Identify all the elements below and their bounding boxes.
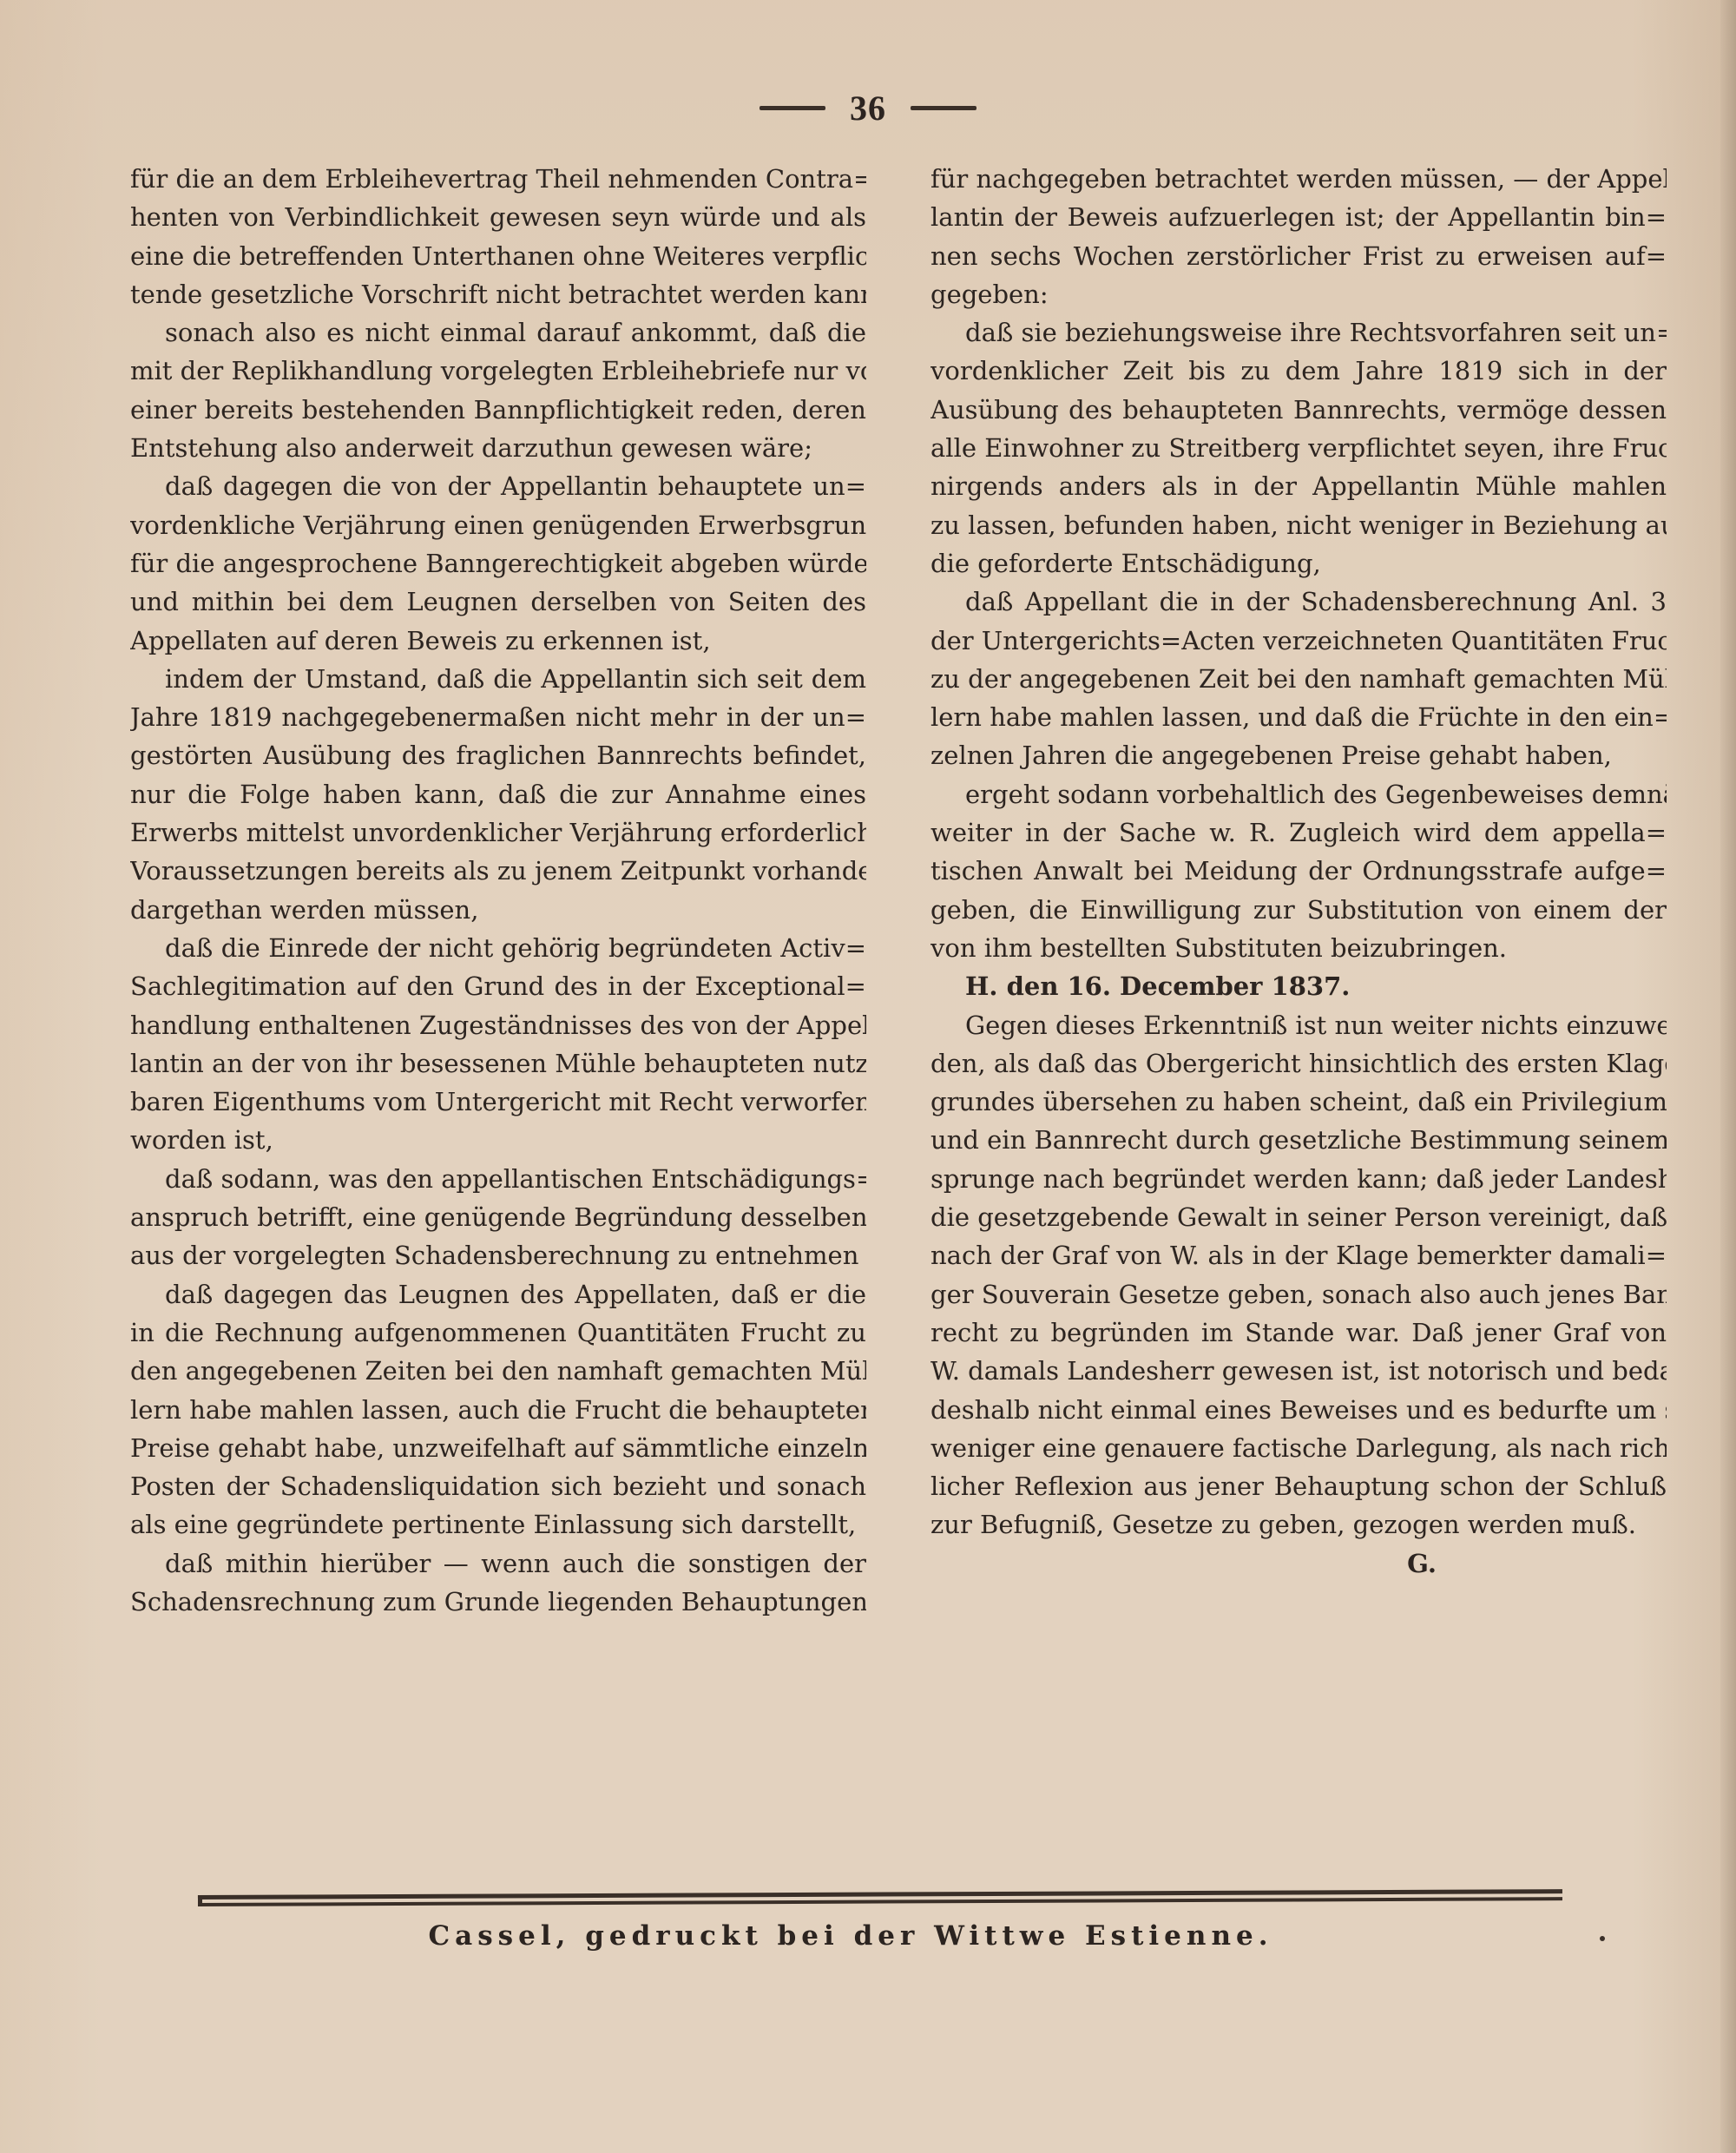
text-line: daß dagegen die von der Appellantin beha… [130,467,866,505]
text-line: Voraussetzungen bereits als zu jenem Zei… [130,852,866,890]
left-column: für die an dem Erbleihevertrag Theil neh… [130,160,866,1621]
printer-imprint: Cassel, gedruckt bei der Wittwe Estienne… [0,1920,1736,1952]
text-line: nach der Graf von W. als in der Klage be… [930,1236,1667,1274]
page-header: 36 [0,83,1736,132]
text-line: eine die betreffenden Unterthanen ohne W… [130,237,866,275]
text-line: in die Rechnung aufgenommenen Quantitäte… [130,1314,866,1352]
text-line: recht zu begründen im Stande war. Daß je… [930,1314,1667,1352]
text-line: weiter in der Sache w. R. Zugleich wird … [930,813,1667,852]
text-line: Schadensrechnung zum Grunde liegenden Be… [130,1583,866,1621]
text-line: vordenkliche Verjährung einen genügenden… [130,506,866,544]
text-line: daß Appellant die in der Schadensberechn… [930,583,1667,621]
right-column: für nachgegeben betrachtet werden müssen… [930,160,1667,1583]
text-line: den angegebenen Zeiten bei den namhaft g… [130,1352,866,1390]
author-signature: G. [930,1544,1667,1583]
footer-double-rule [198,1889,1562,1906]
text-line: deshalb nicht einmal eines Beweises und … [930,1391,1667,1429]
text-line: für die angesprochene Banngerechtigkeit … [130,544,866,583]
imprint-text: Cassel, gedruckt bei der Wittwe Estienne… [428,1920,1272,1952]
text-line: daß die Einrede der nicht gehörig begrün… [130,929,866,967]
text-line: daß sie beziehungsweise ihre Rechtsvorfa… [930,313,1667,352]
text-line: lern habe mahlen lassen, und daß die Frü… [930,698,1667,736]
text-line: baren Eigenthums vom Untergericht mit Re… [130,1083,866,1121]
text-line: zu lassen, befunden haben, nicht weniger… [930,506,1667,544]
text-line: lern habe mahlen lassen, auch die Frucht… [130,1391,866,1429]
text-line: nirgends anders als in der Appellantin M… [930,467,1667,505]
text-line: lantin an der von ihr besessenen Mühle b… [130,1044,866,1083]
text-line: Posten der Schadensliquidation sich bezi… [130,1467,866,1505]
text-line: der Untergerichts=Acten verzeichneten Qu… [930,622,1667,660]
ink-speck [1600,1936,1605,1941]
text-line: nen sechs Wochen zerstörlicher Frist zu … [930,237,1667,275]
text-line: grundes übersehen zu haben scheint, daß … [930,1083,1667,1121]
text-line: weniger eine genauere factische Darlegun… [930,1429,1667,1467]
text-line: sprunge nach begründet werden kann; daß … [930,1160,1667,1198]
header-dash-left [759,106,825,110]
text-line: tischen Anwalt bei Meidung der Ordnungss… [930,852,1667,890]
text-line: die geforderte Entschädigung, [930,544,1667,583]
text-line: vordenklicher Zeit bis zu dem Jahre 1819… [930,352,1667,390]
text-line: ger Souverain Gesetze geben, sonach also… [930,1275,1667,1314]
text-line: als eine gegründete pertinente Einlassun… [130,1505,866,1544]
text-line: W. damals Landesherr gewesen ist, ist no… [930,1352,1667,1390]
text-line: Entstehung also anderweit darzuthun gewe… [130,429,866,467]
page-number: 36 [850,88,886,128]
text-line: mit der Replikhandlung vorgelegten Erble… [130,352,866,390]
text-line: licher Reflexion aus jener Behauptung sc… [930,1467,1667,1505]
text-line: daß mithin hierüber — wenn auch die sons… [130,1544,866,1583]
text-line: lantin der Beweis aufzuerlegen ist; der … [930,198,1667,236]
page-edge [1720,0,1736,2153]
text-line: einer bereits bestehenden Bannpflichtigk… [130,391,866,429]
text-line: daß sodann, was den appellantischen Ents… [130,1160,866,1198]
text-line: nur die Folge haben kann, daß die zur An… [130,775,866,813]
text-line: Gegen dieses Erkenntniß ist nun weiter n… [930,1006,1667,1044]
text-line: geben, die Einwilligung zur Substitution… [930,891,1667,929]
text-line: Jahre 1819 nachgegebenermaßen nicht mehr… [130,698,866,736]
date-line: H. den 16. December 1837. [930,967,1667,1005]
text-line: für die an dem Erbleihevertrag Theil neh… [130,160,866,198]
text-line: Erwerbs mittelst unvordenklicher Verjähr… [130,813,866,852]
text-line: handlung enthaltenen Zugeständnisses des… [130,1006,866,1044]
text-line: Preise gehabt habe, unzweifelhaft auf sä… [130,1429,866,1467]
text-line: die gesetzgebende Gewalt in seiner Perso… [930,1198,1667,1236]
text-line: ergeht sodann vorbehaltlich des Gegenbew… [930,775,1667,813]
text-line: gegeben: [930,275,1667,313]
text-line: sonach also es nicht einmal darauf ankom… [130,313,866,352]
text-line: aus der vorgelegten Schadensberechnung z… [130,1236,866,1274]
text-line: zelnen Jahren die angegebenen Preise geh… [930,736,1667,774]
text-line: dargethan werden müssen, [130,891,866,929]
text-line: anspruch betrifft, eine genügende Begrün… [130,1198,866,1236]
text-line: worden ist, [130,1121,866,1159]
text-line: den, als daß das Obergericht hinsichtlic… [930,1044,1667,1083]
text-line: indem der Umstand, daß die Appellantin s… [130,660,866,698]
text-line: Sachlegitimation auf den Grund des in de… [130,967,866,1005]
text-line: Appellaten auf deren Beweis zu erkennen … [130,622,866,660]
text-line: gestörten Ausübung des fraglichen Bannre… [130,736,866,774]
text-line: zur Befugniß, Gesetze zu geben, gezogen … [930,1505,1667,1544]
text-line: zu der angegebenen Zeit bei den namhaft … [930,660,1667,698]
text-line: daß dagegen das Leugnen des Appellaten, … [130,1275,866,1314]
header-dash-right [911,106,976,110]
text-line: und mithin bei dem Leugnen derselben von… [130,583,866,621]
text-line: für nachgegeben betrachtet werden müssen… [930,160,1667,198]
text-line: Ausübung des behaupteten Bannrechts, ver… [930,391,1667,429]
text-line: und ein Bannrecht durch gesetzliche Best… [930,1121,1667,1159]
text-line: alle Einwohner zu Streitberg verpflichte… [930,429,1667,467]
text-line: tende gesetzliche Vorschrift nicht betra… [130,275,866,313]
text-line: von ihm bestellten Substituten beizubrin… [930,929,1667,967]
text-line: henten von Verbindlichkeit gewesen seyn … [130,198,866,236]
